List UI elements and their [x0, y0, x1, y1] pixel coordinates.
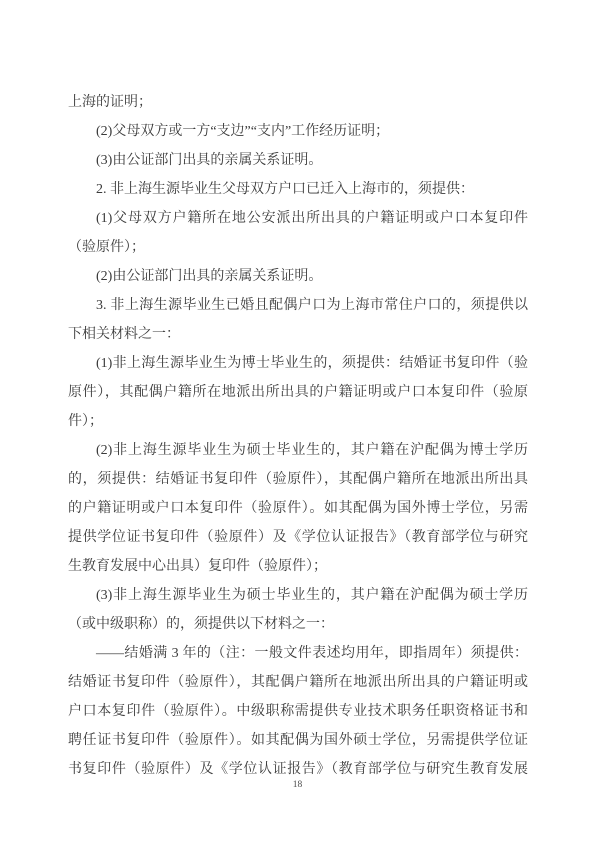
text-line: 下相关材料之一：: [68, 320, 528, 349]
text-line: ——结婚满 3 年的（注：一般文件表述均用年，即指周年）须提供：: [68, 639, 528, 668]
text-line: 户口本复印件（验原件）。中级职称需提供专业技术职务任职资格证书和: [68, 697, 528, 726]
text-line: 的户籍证明或户口本复印件（验原件）。如其配偶为国外博士学位，另需: [68, 494, 528, 523]
document-body: 上海的证明；(2)父母双方或一方“支边”“支内”工作经历证明；(3)由公证部门出…: [68, 88, 528, 784]
text-line: 上海的证明；: [68, 88, 528, 117]
text-line: (2)非上海生源毕业生为硕士毕业生的，其户籍在沪配偶为博士学历: [68, 436, 528, 465]
text-line: 2. 非上海生源毕业生父母双方户口已迁入上海市的，须提供：: [68, 175, 528, 204]
text-line: 3. 非上海生源毕业生已婚且配偶户口为上海市常住户口的，须提供以: [68, 291, 528, 320]
text-line: (3)非上海生源毕业生为硕士毕业生的，其户籍在沪配偶为硕士学历: [68, 581, 528, 610]
text-line: 的，须提供：结婚证书复印件（验原件），其配偶户籍所在地派出所出具: [68, 465, 528, 494]
text-line: (3)由公证部门出具的亲属关系证明。: [68, 146, 528, 175]
text-line: 件）；: [68, 407, 528, 436]
text-line: (2)父母双方或一方“支边”“支内”工作经历证明；: [68, 117, 528, 146]
text-line: (1)非上海生源毕业生为博士毕业生的，须提供：结婚证书复印件（验: [68, 349, 528, 378]
text-line: （验原件）；: [68, 233, 528, 262]
text-line: （或中级职称）的，须提供以下材料之一：: [68, 610, 528, 639]
text-line: 聘任证书复印件（验原件）。如其配偶为国外硕士学位，另需提供学位证: [68, 726, 528, 755]
text-line: (1)父母双方户籍所在地公安派出所出具的户籍证明或户口本复印件: [68, 204, 528, 233]
document-page: 上海的证明；(2)父母双方或一方“支边”“支内”工作经历证明；(3)由公证部门出…: [0, 0, 595, 842]
text-line: 原件），其配偶户籍所在地派出所出具的户籍证明或户口本复印件（验原: [68, 378, 528, 407]
text-line: 结婚证书复印件（验原件），其配偶户籍所在地派出所出具的户籍证明或: [68, 668, 528, 697]
text-line: (2)由公证部门出具的亲属关系证明。: [68, 262, 528, 291]
page-number: 18: [0, 778, 595, 792]
text-line: 生教育发展中心出具）复印件（验原件）；: [68, 552, 528, 581]
text-line: 提供学位证书复印件（验原件）及《学位认证报告》（教育部学位与研究: [68, 523, 528, 552]
